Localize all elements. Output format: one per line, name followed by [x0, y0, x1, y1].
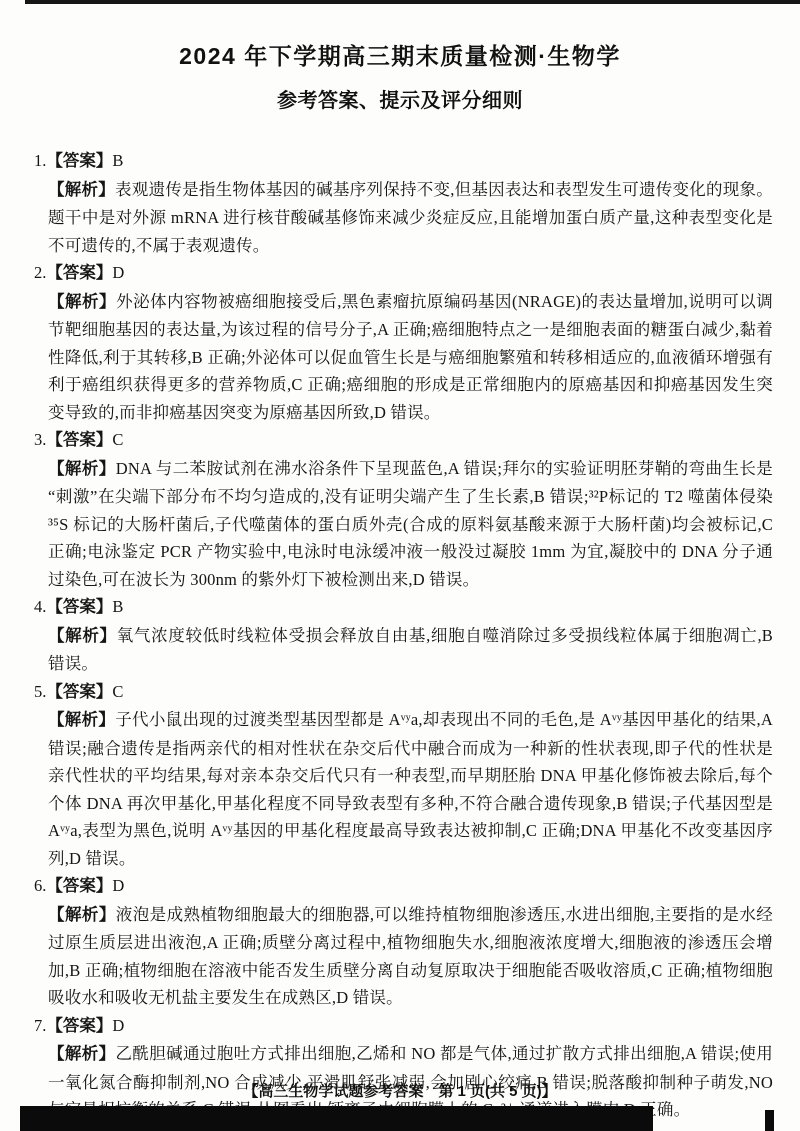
- analysis-label: 【解析】: [48, 293, 116, 311]
- question-number: 6.: [34, 876, 46, 895]
- page-header: 2024 年下学期高三期末质量检测·生物学 参考答案、提示及评分细则: [0, 0, 800, 113]
- answer-label: 【答案】: [46, 683, 112, 701]
- answer-label: 【答案】: [46, 598, 112, 616]
- analysis-paragraph: 【解析】液泡是成熟植物细胞最大的细胞器,可以维持植物细胞渗透压,水进出细胞,主要…: [48, 901, 773, 1012]
- analysis-text: 外泌体内容物被癌细胞接受后,黑色素瘤抗原编码基因(NRAGE)的表达量增加,说明…: [48, 292, 773, 422]
- bottom-edge-scan-mark: [765, 1110, 774, 1131]
- answer-line: 4.【答案】B: [34, 593, 773, 622]
- answer-letter: B: [112, 597, 123, 616]
- answer-label: 【答案】: [46, 264, 112, 282]
- answer-item: 2.【答案】D 【解析】外泌体内容物被癌细胞接受后,黑色素瘤抗原编码基因(NRA…: [34, 259, 773, 426]
- analysis-label: 【解析】: [48, 711, 115, 729]
- answer-letter: D: [112, 263, 124, 282]
- analysis-label: 【解析】: [48, 1045, 115, 1063]
- bottom-edge-scan-bar: [20, 1106, 653, 1131]
- answer-item: 5.【答案】C 【解析】子代小鼠出现的过渡类型基因型都是 Aᵛʸa,却表现出不同…: [34, 678, 773, 873]
- answer-line: 7.【答案】D: [34, 1012, 773, 1041]
- answer-label: 【答案】: [46, 431, 112, 449]
- scanned-answer-sheet-page: { "page": { "title": "2024 年下学期高三期末质量检测·…: [0, 0, 800, 1131]
- answer-letter: D: [112, 1016, 124, 1035]
- question-number: 3.: [34, 430, 46, 449]
- answer-label: 【答案】: [46, 152, 112, 170]
- analysis-label: 【解析】: [48, 460, 116, 478]
- analysis-label: 【解析】: [48, 181, 115, 199]
- answer-item: 1.【答案】B 【解析】表观遗传是指生物体基因的碱基序列保持不变,但基因表达和表…: [34, 147, 773, 259]
- answer-line: 1.【答案】B: [34, 147, 773, 176]
- question-number: 1.: [34, 151, 46, 170]
- analysis-paragraph: 【解析】氧气浓度较低时线粒体受损会释放自由基,细胞自噬消除过多受损线粒体属于细胞…: [48, 622, 773, 678]
- answer-letter: B: [112, 151, 123, 170]
- answer-letter: C: [112, 682, 123, 701]
- answer-line: 6.【答案】D: [34, 872, 773, 901]
- answer-label: 【答案】: [46, 877, 112, 895]
- answer-letter: D: [112, 876, 124, 895]
- page-subtitle: 参考答案、提示及评分细则: [0, 84, 800, 113]
- page-title: 2024 年下学期高三期末质量检测·生物学: [0, 38, 800, 71]
- answer-label: 【答案】: [46, 1017, 112, 1035]
- analysis-text: 子代小鼠出现的过渡类型基因型都是 Aᵛʸa,却表现出不同的毛色,是 Aᵛʸ基因甲…: [48, 710, 773, 868]
- answer-item: 4.【答案】B 【解析】氧气浓度较低时线粒体受损会释放自由基,细胞自噬消除过多受…: [34, 593, 773, 678]
- question-number: 4.: [34, 597, 46, 616]
- question-number: 2.: [34, 263, 46, 282]
- answer-line: 2.【答案】D: [34, 259, 773, 288]
- analysis-text: DNA 与二苯胺试剂在沸水浴条件下呈现蓝色,A 错误;拜尔的实验证明胚芽鞘的弯曲…: [48, 459, 773, 589]
- analysis-paragraph: 【解析】外泌体内容物被癌细胞接受后,黑色素瘤抗原编码基因(NRAGE)的表达量增…: [48, 288, 773, 427]
- answer-line: 3.【答案】C: [34, 426, 773, 455]
- question-number: 5.: [34, 682, 46, 701]
- answer-letter: C: [112, 430, 123, 449]
- analysis-paragraph: 【解析】子代小鼠出现的过渡类型基因型都是 Aᵛʸa,却表现出不同的毛色,是 Aᵛ…: [48, 706, 773, 872]
- page-footer: 【高三生物学试题参考答案 第 1 页(共 5 页)】: [0, 1080, 800, 1101]
- analysis-label: 【解析】: [48, 906, 116, 924]
- answer-item: 6.【答案】D 【解析】液泡是成熟植物细胞最大的细胞器,可以维持植物细胞渗透压,…: [34, 872, 773, 1012]
- top-edge-scan-bar: [25, 0, 800, 4]
- analysis-paragraph: 【解析】DNA 与二苯胺试剂在沸水浴条件下呈现蓝色,A 错误;拜尔的实验证明胚芽…: [48, 455, 773, 594]
- question-number: 7.: [34, 1016, 46, 1035]
- answer-line: 5.【答案】C: [34, 678, 773, 707]
- analysis-label: 【解析】: [48, 627, 117, 645]
- answer-item: 3.【答案】C 【解析】DNA 与二苯胺试剂在沸水浴条件下呈现蓝色,A 错误;拜…: [34, 426, 773, 593]
- answers-list: 1.【答案】B 【解析】表观遗传是指生物体基因的碱基序列保持不变,但基因表达和表…: [34, 147, 773, 1124]
- analysis-text: 液泡是成熟植物细胞最大的细胞器,可以维持植物细胞渗透压,水进出细胞,主要指的是水…: [48, 905, 773, 1008]
- analysis-paragraph: 【解析】表观遗传是指生物体基因的碱基序列保持不变,但基因表达和表型发生可遗传变化…: [48, 176, 773, 260]
- analysis-text: 表观遗传是指生物体基因的碱基序列保持不变,但基因表达和表型发生可遗传变化的现象。…: [48, 180, 773, 255]
- analysis-text: 氧气浓度较低时线粒体受损会释放自由基,细胞自噬消除过多受损线粒体属于细胞凋亡,B…: [48, 626, 773, 674]
